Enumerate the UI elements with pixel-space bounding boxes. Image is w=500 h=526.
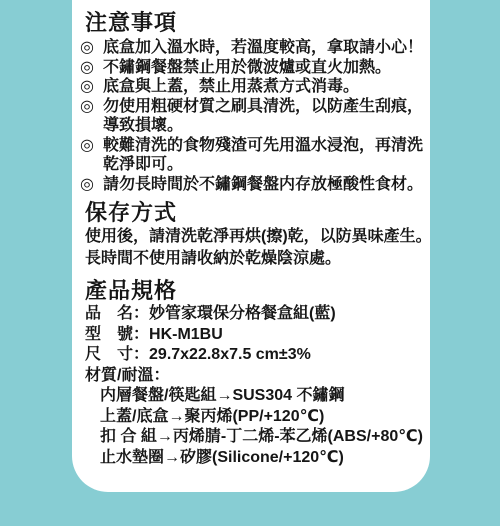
specs-section-title: 產品規格 bbox=[85, 278, 424, 304]
notice-item: ◎ 勿使用粗硬材質之刷具清洗，以防產生刮痕， 導致損壞。 bbox=[80, 97, 424, 136]
notice-item-text: 底盒加入溫水時，若溫度較高，拿取請小心！ bbox=[103, 38, 424, 58]
material-line-buckle-set: 扣 合 組→丙烯腈-丁二烯-苯乙烯(ABS/+80℃) bbox=[100, 427, 424, 448]
specs-section: 產品規格 品 名： 妙管家環保分格餐盒組(藍) 型 號： HK-M1BU 尺 寸… bbox=[85, 278, 424, 468]
bullseye-bullet-icon: ◎ bbox=[80, 77, 103, 97]
notice-item-text: 底盒與上蓋，禁止用蒸煮方式消毒。 bbox=[103, 77, 424, 97]
storage-section-title: 保存方式 bbox=[85, 200, 424, 226]
notice-item: ◎ 不鏽鋼餐盤禁止用於微波爐或直火加熱。 bbox=[80, 58, 424, 78]
material-heading: 材質/耐溫： bbox=[85, 366, 424, 387]
notice-item: ◎ 較難清洗的食物殘渣可先用溫水浸泡，再清洗 乾淨即可。 bbox=[80, 136, 424, 175]
spec-row-product-name: 品 名： 妙管家環保分格餐盒組(藍) bbox=[85, 304, 424, 325]
storage-line: 長時間不使用請收納於乾燥陰涼處。 bbox=[85, 248, 424, 270]
teal-background: 注意事項 ◎ 底盒加入溫水時，若溫度較高，拿取請小心！ ◎ 不鏽鋼餐盤禁止用於微… bbox=[0, 0, 500, 526]
spec-value: 妙管家環保分格餐盒組(藍) bbox=[149, 304, 336, 325]
material-line-lid-base: 上蓋/底盒→聚丙烯(PP/+120℃) bbox=[100, 407, 424, 428]
product-info-card: 注意事項 ◎ 底盒加入溫水時，若溫度較高，拿取請小心！ ◎ 不鏽鋼餐盤禁止用於微… bbox=[72, 0, 430, 492]
notice-item: ◎ 底盒與上蓋，禁止用蒸煮方式消毒。 bbox=[80, 77, 424, 97]
bullseye-bullet-icon: ◎ bbox=[80, 175, 103, 195]
notice-list: ◎ 底盒加入溫水時，若溫度較高，拿取請小心！ ◎ 不鏽鋼餐盤禁止用於微波爐或直火… bbox=[80, 38, 424, 194]
material-line-inner-tray: 内層餐盤/筷匙組→SUS304 不鏽鋼 bbox=[100, 386, 424, 407]
spec-value: HK-M1BU bbox=[149, 325, 223, 346]
spec-row-model-number: 型 號： HK-M1BU bbox=[85, 325, 424, 346]
notice-item-text: 不鏽鋼餐盤禁止用於微波爐或直火加熱。 bbox=[103, 58, 424, 78]
bullseye-bullet-icon: ◎ bbox=[80, 58, 103, 78]
bullseye-bullet-icon: ◎ bbox=[80, 136, 103, 156]
material-line-seal-ring: 止水墊圈→矽膠(Silicone/+120℃) bbox=[100, 448, 424, 469]
notice-item-text: 較難清洗的食物殘渣可先用溫水浸泡，再清洗 bbox=[103, 136, 424, 156]
notice-item: ◎ 請勿長時間於不鏽鋼餐盤内存放極酸性食材。 bbox=[80, 175, 424, 195]
storage-line: 使用後，請清洗乾淨再烘(擦)乾，以防異味產生。 bbox=[85, 226, 424, 248]
storage-section: 保存方式 使用後，請清洗乾淨再烘(擦)乾，以防異味產生。 長時間不使用請收納於乾… bbox=[85, 200, 424, 270]
notice-item-text: 勿使用粗硬材質之刷具清洗，以防產生刮痕， bbox=[103, 97, 424, 117]
notice-item-text-wrap: 乾淨即可。 bbox=[103, 155, 424, 175]
spec-label: 尺 寸： bbox=[85, 345, 149, 366]
spec-row-dimensions: 尺 寸： 29.7x22.8x7.5 cm±3% bbox=[85, 345, 424, 366]
spec-label: 品 名： bbox=[85, 304, 149, 325]
notice-item-text-wrap: 導致損壞。 bbox=[103, 116, 424, 136]
notice-section-title: 注意事項 bbox=[85, 10, 424, 36]
spec-label: 型 號： bbox=[85, 325, 149, 346]
bullseye-bullet-icon: ◎ bbox=[80, 38, 103, 58]
notice-item: ◎ 底盒加入溫水時，若溫度較高，拿取請小心！ bbox=[80, 38, 424, 58]
spec-value: 29.7x22.8x7.5 cm±3% bbox=[149, 345, 311, 366]
bullseye-bullet-icon: ◎ bbox=[80, 97, 103, 117]
notice-item-text: 請勿長時間於不鏽鋼餐盤内存放極酸性食材。 bbox=[103, 175, 424, 195]
